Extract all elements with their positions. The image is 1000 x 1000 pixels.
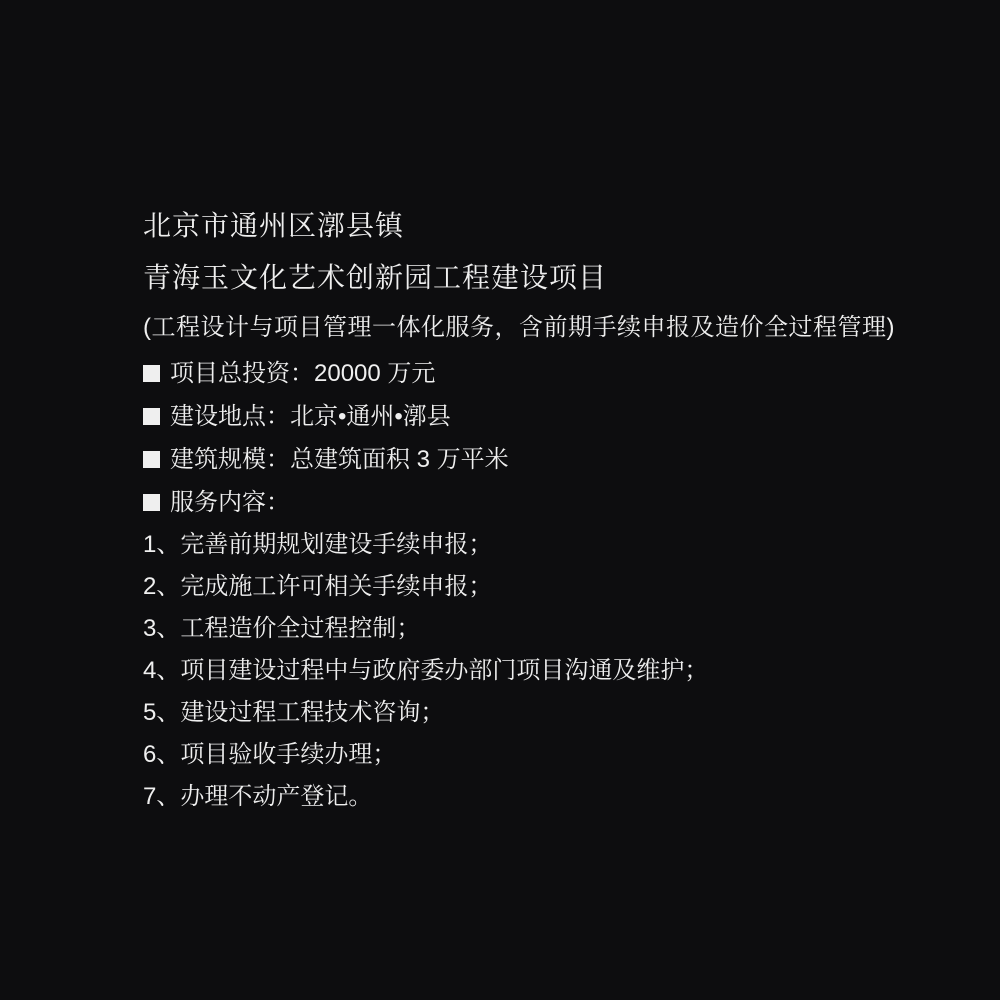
service-item-4: 4、项目建设过程中与政府委办部门项目沟通及维护； xyxy=(143,650,943,692)
service-text: 办理不动产登记。 xyxy=(180,783,372,810)
square-bullet-icon xyxy=(143,451,160,468)
service-text: 完成施工许可相关手续申报； xyxy=(180,573,492,600)
fact-value: 北京•通州•漷县 xyxy=(290,395,451,438)
service-number: 2、 xyxy=(143,573,180,600)
service-text: 项目建设过程中与政府委办部门项目沟通及维护； xyxy=(180,657,708,684)
fact-label: 服务内容： xyxy=(170,481,290,524)
square-bullet-icon xyxy=(143,408,160,425)
service-item-7: 7、办理不动产登记。 xyxy=(143,776,943,818)
fact-value: 20000 万元 xyxy=(314,352,435,395)
service-number: 1、 xyxy=(143,531,180,558)
service-number: 7、 xyxy=(143,783,180,810)
service-text: 工程造价全过程控制； xyxy=(180,615,420,642)
fact-value: 总建筑面积 3 万平米 xyxy=(290,438,509,481)
service-number: 3、 xyxy=(143,615,180,642)
service-item-5: 5、建设过程工程技术咨询； xyxy=(143,692,943,734)
fact-row-investment: 项目总投资： 20000 万元 xyxy=(143,352,943,395)
service-number: 4、 xyxy=(143,657,180,684)
fact-row-location: 建设地点： 北京•通州•漷县 xyxy=(143,395,943,438)
slide-background: { "page": { "background_color": "#0d0d0f… xyxy=(0,0,1000,1000)
fact-label: 建筑规模： xyxy=(170,438,290,481)
fact-row-services-heading: 服务内容： xyxy=(143,481,943,524)
service-item-2: 2、完成施工许可相关手续申报； xyxy=(143,566,943,608)
service-number: 5、 xyxy=(143,699,180,726)
fact-label: 项目总投资： xyxy=(170,352,314,395)
service-text: 完善前期规划建设手续申报； xyxy=(180,531,492,558)
service-text: 建设过程工程技术咨询； xyxy=(180,699,444,726)
service-item-3: 3、工程造价全过程控制； xyxy=(143,608,943,650)
service-item-6: 6、项目验收手续办理； xyxy=(143,734,943,776)
service-item-1: 1、完善前期规划建设手续申报； xyxy=(143,524,943,566)
fact-label: 建设地点： xyxy=(170,395,290,438)
project-title: 青海玉文化艺术创新园工程建设项目 xyxy=(143,252,943,304)
service-number: 6、 xyxy=(143,741,180,768)
fact-row-scale: 建筑规模： 总建筑面积 3 万平米 xyxy=(143,438,943,481)
project-slide: 北京市通州区漷县镇 青海玉文化艺术创新园工程建设项目 (工程设计与项目管理一体化… xyxy=(143,200,943,818)
service-text: 项目验收手续办理； xyxy=(180,741,396,768)
project-location-line: 北京市通州区漷县镇 xyxy=(143,200,943,252)
square-bullet-icon xyxy=(143,365,160,382)
project-subtitle: (工程设计与项目管理一体化服务，含前期手续申报及造价全过程管理) xyxy=(143,304,943,352)
square-bullet-icon xyxy=(143,494,160,511)
